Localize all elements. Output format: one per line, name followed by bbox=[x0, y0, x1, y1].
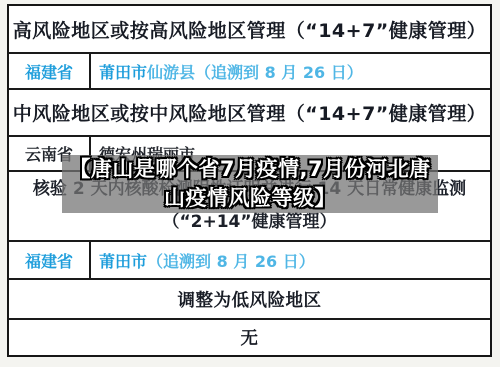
province-cell-fujian: 福建省 bbox=[9, 54, 91, 88]
low-risk-header-row: 调整为低风险地区 bbox=[9, 278, 490, 318]
city-detail: （追溯到 8 月 26 日） bbox=[147, 249, 315, 272]
caption-text-line2: 山疫情风险等级】 bbox=[164, 184, 336, 213]
high-risk-region-row: 福建省 莆田市仙游县（追溯到 8 月 26 日） bbox=[9, 52, 490, 88]
city-name: 莆田市 bbox=[99, 60, 147, 83]
city-cell-putian-xianyou: 莆田市仙游县（追溯到 8 月 26 日） bbox=[91, 54, 490, 88]
city-name: 莆田市 bbox=[99, 249, 147, 272]
province-cell-fujian-2: 福建省 bbox=[9, 242, 91, 278]
page: 高风险地区或按高风险地区管理（“14+7”健康管理） 福建省 莆田市仙游县（追溯… bbox=[0, 0, 500, 367]
caption-overlay: 【唐山是哪个省7月疫情,7月份河北唐 山疫情风险等级】 bbox=[62, 155, 438, 213]
city-detail: 仙游县（追溯到 8 月 26 日） bbox=[147, 60, 363, 83]
low-risk-value-row: 无 bbox=[9, 318, 490, 355]
caption-text-line1: 【唐山是哪个省7月疫情,7月份河北唐 bbox=[69, 155, 430, 184]
monitoring-region-row: 福建省 莆田市（追溯到 8 月 26 日） bbox=[9, 240, 490, 278]
mid-risk-header-row: 中风险地区或按中风险地区管理（“14+7”健康管理） bbox=[9, 88, 490, 135]
high-risk-header-row: 高风险地区或按高风险地区管理（“14+7”健康管理） bbox=[9, 6, 490, 52]
city-cell-putian: 莆田市（追溯到 8 月 26 日） bbox=[91, 242, 490, 278]
